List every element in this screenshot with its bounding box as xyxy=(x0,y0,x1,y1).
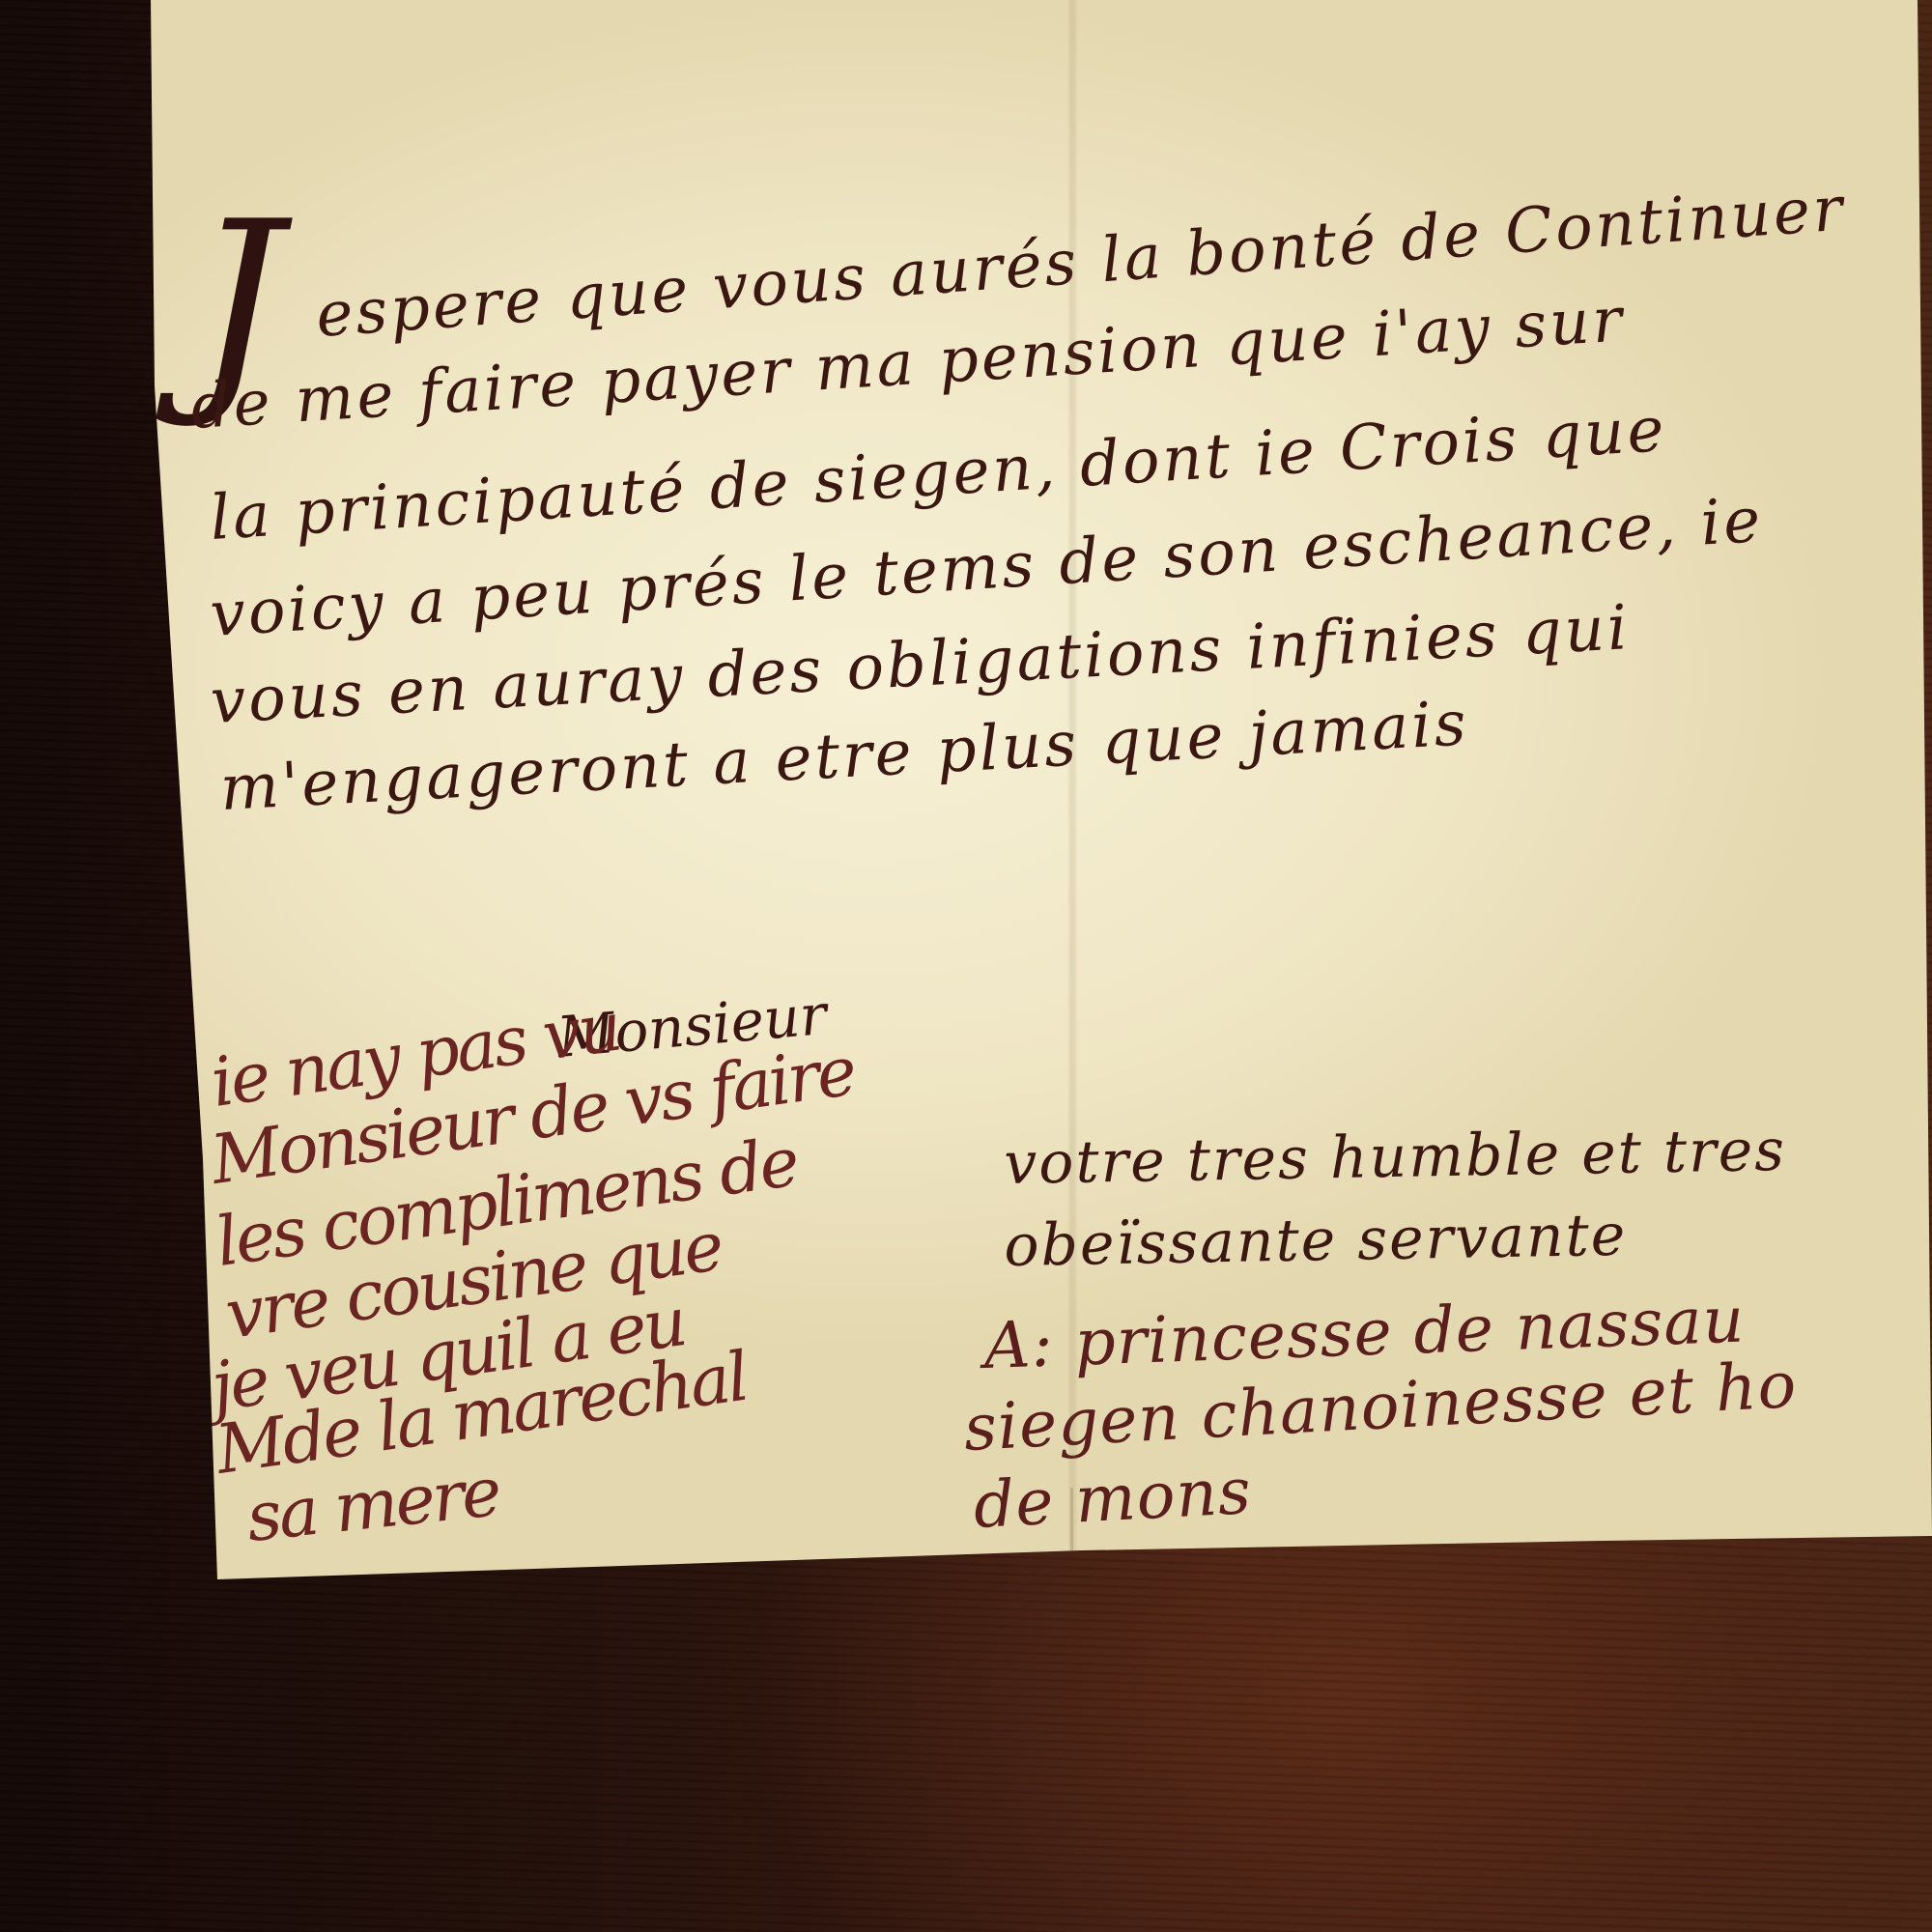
margin-note-line-5: je veu quil a eu xyxy=(207,1282,690,1427)
paper-fold xyxy=(1070,1488,1073,1555)
margin-note-line-2: Monsieur de vs faire xyxy=(207,1031,859,1200)
body-line-5: vous en auray des obligations infinies q… xyxy=(209,592,1632,738)
signature-line-3: de mons xyxy=(972,1454,1254,1543)
margin-note-line-6: Mde la marechal xyxy=(212,1337,752,1490)
margin-note-line-3: les complimens de xyxy=(212,1122,802,1282)
closing-line-2: obeïssante servante xyxy=(1004,1202,1628,1280)
margin-note-line-4: vre cousine que xyxy=(221,1207,726,1354)
signature-line-2: siegen chanoinesse et ho xyxy=(962,1348,1799,1465)
body-line-3: la principauté de siegen, dont ie Crois … xyxy=(208,394,1668,554)
closing-line-1: votre tres humble et tres xyxy=(1004,1117,1787,1198)
body-line-2: de me faire payer ma pension que i'ay su… xyxy=(188,284,1626,443)
body-line-1: espere que vous aurés la bonté de Contin… xyxy=(314,174,1848,352)
salutation: Monsieur xyxy=(554,981,829,1070)
body-line-6: m'engageront a etre plus que jamais xyxy=(218,688,1470,825)
margin-note-line-1: ie nay pas vu xyxy=(207,987,624,1122)
initial-letter: J xyxy=(193,193,282,415)
margin-note-line-7: sa mere xyxy=(242,1452,502,1557)
signature-line-1: A: princesse de nassau xyxy=(982,1283,1746,1383)
body-line-4: voicy a peu prés le tems de son escheanc… xyxy=(208,485,1765,651)
letter-paper: J espere que vous aurés la bonté de Cont… xyxy=(0,0,1932,1932)
